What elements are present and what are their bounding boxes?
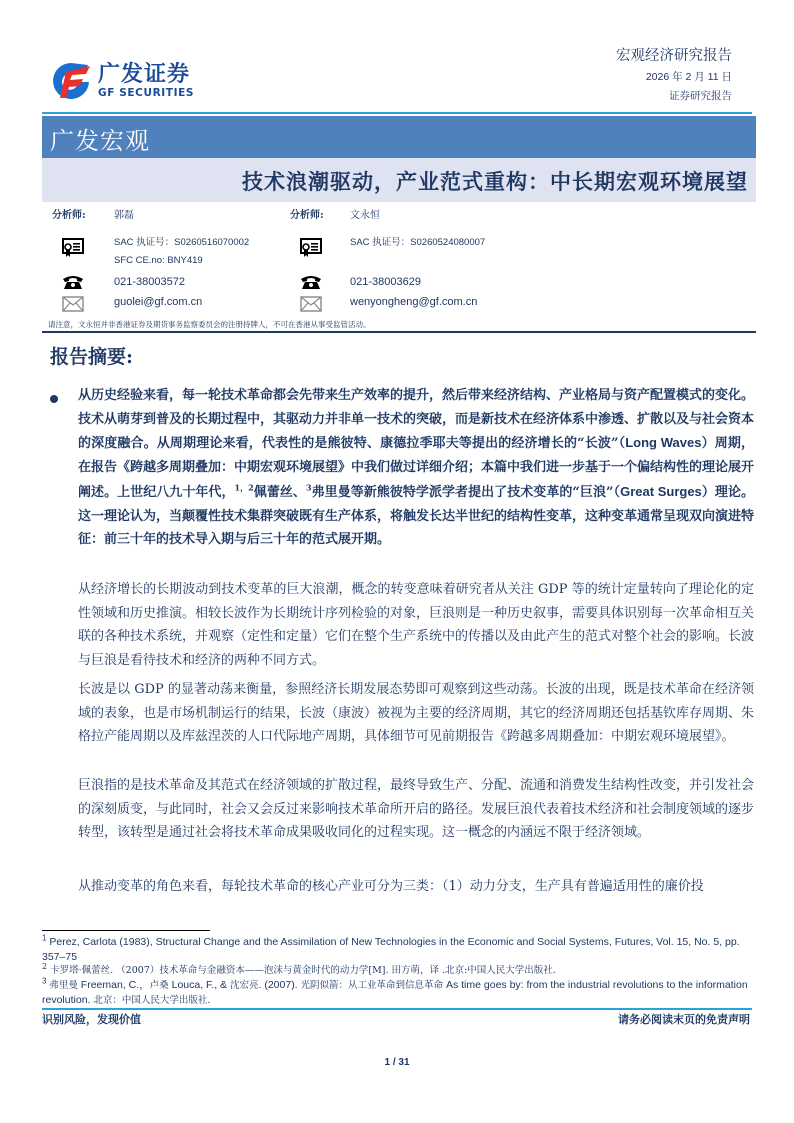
section-banner: 广发宏观 xyxy=(42,116,756,158)
footnote-3: 3 弗里曼 Freeman, C.，卢桑 Louca, F., & 沈宏亮. (… xyxy=(42,978,756,1008)
body-paragraph: 从推动变革的角色来看，每轮技术革命的核心产业可分为三类：（1）动力分支，生产具有… xyxy=(78,875,754,899)
footnote-text: Louca, F., & xyxy=(169,979,230,991)
term-great-surges: Great Surges xyxy=(620,484,702,499)
analyst-name: 郭磊 xyxy=(114,206,134,221)
notice-divider xyxy=(42,331,756,333)
analyst-label: 分析师: xyxy=(290,206,324,221)
header-divider xyxy=(42,112,752,114)
certificate-icon xyxy=(300,238,322,263)
title-banner: 技术浪潮驱动，产业范式重构：中长期宏观环境展望 xyxy=(42,158,756,202)
report-category: 证券研究报告 xyxy=(616,88,732,104)
envelope-icon xyxy=(300,296,322,317)
analyst-sfc-number: SFC CE.no: BNY419 xyxy=(114,255,203,266)
footnote-ref[interactable]: 1，2 xyxy=(235,482,254,492)
telephone-icon xyxy=(62,274,84,295)
logo-english-name: GF SECURITIES xyxy=(98,87,194,99)
envelope-icon xyxy=(62,296,84,317)
summary-key-paragraph: 从历史经验来看，每一轮技术革命都会先带来生产效率的提升，然后带来经济结构、产业格… xyxy=(78,384,754,552)
telephone-icon xyxy=(300,274,322,295)
footnote-text: Perez, Carlota (1983), Structural Change… xyxy=(42,936,740,963)
footnote-text: 卡罗塔·佩蕾丝. （2007）技术革命与金融资本——泡沫与黄金时代的动力学[M]… xyxy=(50,965,556,976)
body-paragraph: 从经济增长的长期波动到技术变革的巨大浪潮，概念的转变意味着研究者从关注 GDP … xyxy=(78,578,754,673)
analyst-email[interactable]: guolei@gf.com.cn xyxy=(114,296,202,308)
report-meta: 宏观经济研究报告 2026 年 2 月 11 日 证券研究报告 xyxy=(616,46,732,104)
analyst-sac-number: SAC 执证号：S0260524080007 xyxy=(350,234,485,248)
footnote-text: Freeman, C.， xyxy=(78,979,150,991)
certificate-icon xyxy=(62,238,84,263)
footnote-text: 北京：中国人民大学出版社. xyxy=(93,995,210,1006)
footnote-text: 卢桑 xyxy=(150,980,169,991)
footer-disclaimer-link[interactable]: 请务必阅读末页的免责声明 xyxy=(618,1011,750,1027)
gf-logo-mark-icon xyxy=(50,60,92,102)
footer-slogan: 识别风险，发现价值 xyxy=(42,1011,141,1027)
footnote-number: 2 xyxy=(42,962,47,971)
analyst-name: 文永恒 xyxy=(350,206,380,221)
analyst-phone: 021-38003572 xyxy=(114,276,185,288)
footnote-2: 2 卡罗塔·佩蕾丝. （2007）技术革命与金融资本——泡沫与黄金时代的动力学[… xyxy=(42,963,756,978)
term-long-waves: Long Waves xyxy=(625,435,701,450)
gf-securities-logo: 广发证券 GF SECURITIES xyxy=(50,58,210,104)
page-number: 1 / 31 xyxy=(0,1057,794,1068)
footnote-number: 3 xyxy=(42,977,46,986)
footnote-number: 1 xyxy=(42,934,46,943)
bullet-icon xyxy=(50,395,58,403)
footnote-text: 光阴似箭：从工业革命到信息革命 xyxy=(301,980,444,991)
report-title: 技术浪潮驱动，产业范式重构：中长期宏观环境展望 xyxy=(242,166,748,196)
footnote-text: 沈宏亮 xyxy=(230,980,259,991)
text-run: 弗里曼等新熊彼特学派学者提出了技术变革的“巨浪”（ xyxy=(312,485,621,500)
analyst-phone: 021-38003629 xyxy=(350,276,421,288)
analyst-sac-number: SAC 执证号：S0260516070002 xyxy=(114,234,249,248)
footnote-1: 1 Perez, Carlota (1983), Structural Chan… xyxy=(42,935,756,965)
report-type: 宏观经济研究报告 xyxy=(616,46,732,66)
analyst-label: 分析师: xyxy=(52,206,86,221)
report-date: 2026 年 2 月 11 日 xyxy=(616,69,732,85)
footnote-text: 弗里曼 xyxy=(49,980,78,991)
body-paragraph: 巨浪指的是技术革命及其范式在经济领域的扩散过程，最终导致生产、分配、流通和消费发… xyxy=(78,774,754,845)
footnote-text: . (2007). xyxy=(259,979,301,991)
summary-heading: 报告摘要: xyxy=(50,342,133,369)
logo-chinese-name: 广发证券 xyxy=(98,63,194,87)
footnote-divider xyxy=(42,930,210,931)
analyst-email[interactable]: wenyongheng@gf.com.cn xyxy=(350,296,477,308)
section-name: 广发宏观 xyxy=(50,121,150,156)
footer-divider xyxy=(42,1008,752,1010)
body-paragraph: 长波是以 GDP 的显著动荡来衡量，参照经济长期发展态势即可观察到这些动荡。长波… xyxy=(78,678,754,749)
regulatory-notice: 请注意，文永恒并非香港证券及期货事务监察委员会的注册持牌人，不可在香港从事受监管… xyxy=(48,319,371,330)
text-run: 佩蕾丝、 xyxy=(254,485,306,500)
